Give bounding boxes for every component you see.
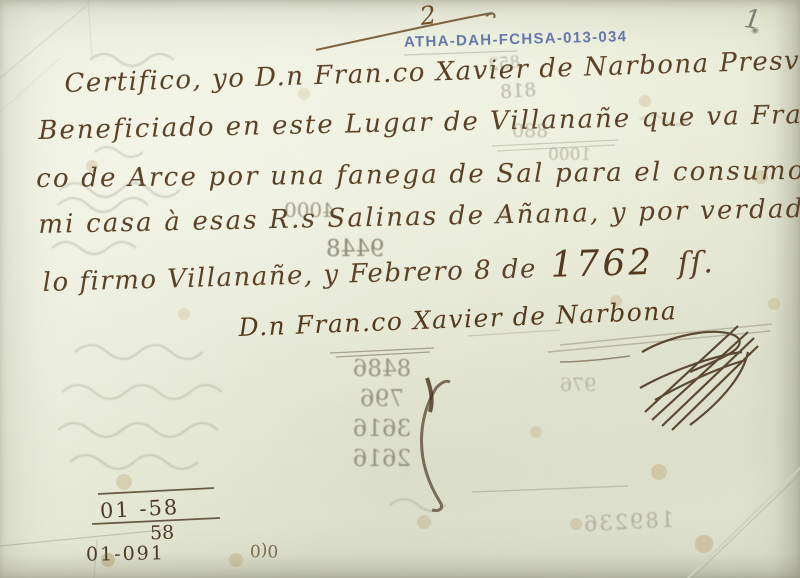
ink-blot (750, 27, 760, 34)
bleed-number: 880 (512, 120, 548, 142)
right-fold-shadow (774, 0, 800, 578)
bleed-column-row: 8486 (336, 354, 428, 384)
arithmetic-figure-4: 0(0 (250, 540, 279, 560)
bleed-bottom-number: 189236 (581, 508, 674, 537)
bleed-number: 4000 (284, 198, 335, 222)
closing-flourish-mark: ſſ. (678, 245, 715, 281)
bleed-column-row: 3616 (336, 414, 428, 444)
closing-year: 1762 (550, 242, 655, 286)
bleed-column-row: 796 (336, 384, 428, 414)
manuscript-scan: 2 ATHA-DAH-FCHSA-013-034 1 Certifico, yo… (0, 0, 800, 578)
bleed-number: 1000 (548, 145, 591, 165)
bleed-number: 818 (499, 79, 537, 103)
bleed-number: 852 (487, 52, 521, 75)
top-edge-shadow (0, 0, 800, 14)
bleed-column-row: 2616 (336, 444, 428, 474)
bleed-number: 9448 (326, 236, 385, 262)
bleed-number-column: 8486 796 3616 2616 (336, 354, 428, 474)
arithmetic-figure-1: 01 -58 (99, 495, 179, 523)
arithmetic-figure-3: 01-091 (86, 542, 165, 565)
bleed-number: 976 (560, 374, 596, 396)
arithmetic-figure-2: 58 (150, 522, 175, 545)
